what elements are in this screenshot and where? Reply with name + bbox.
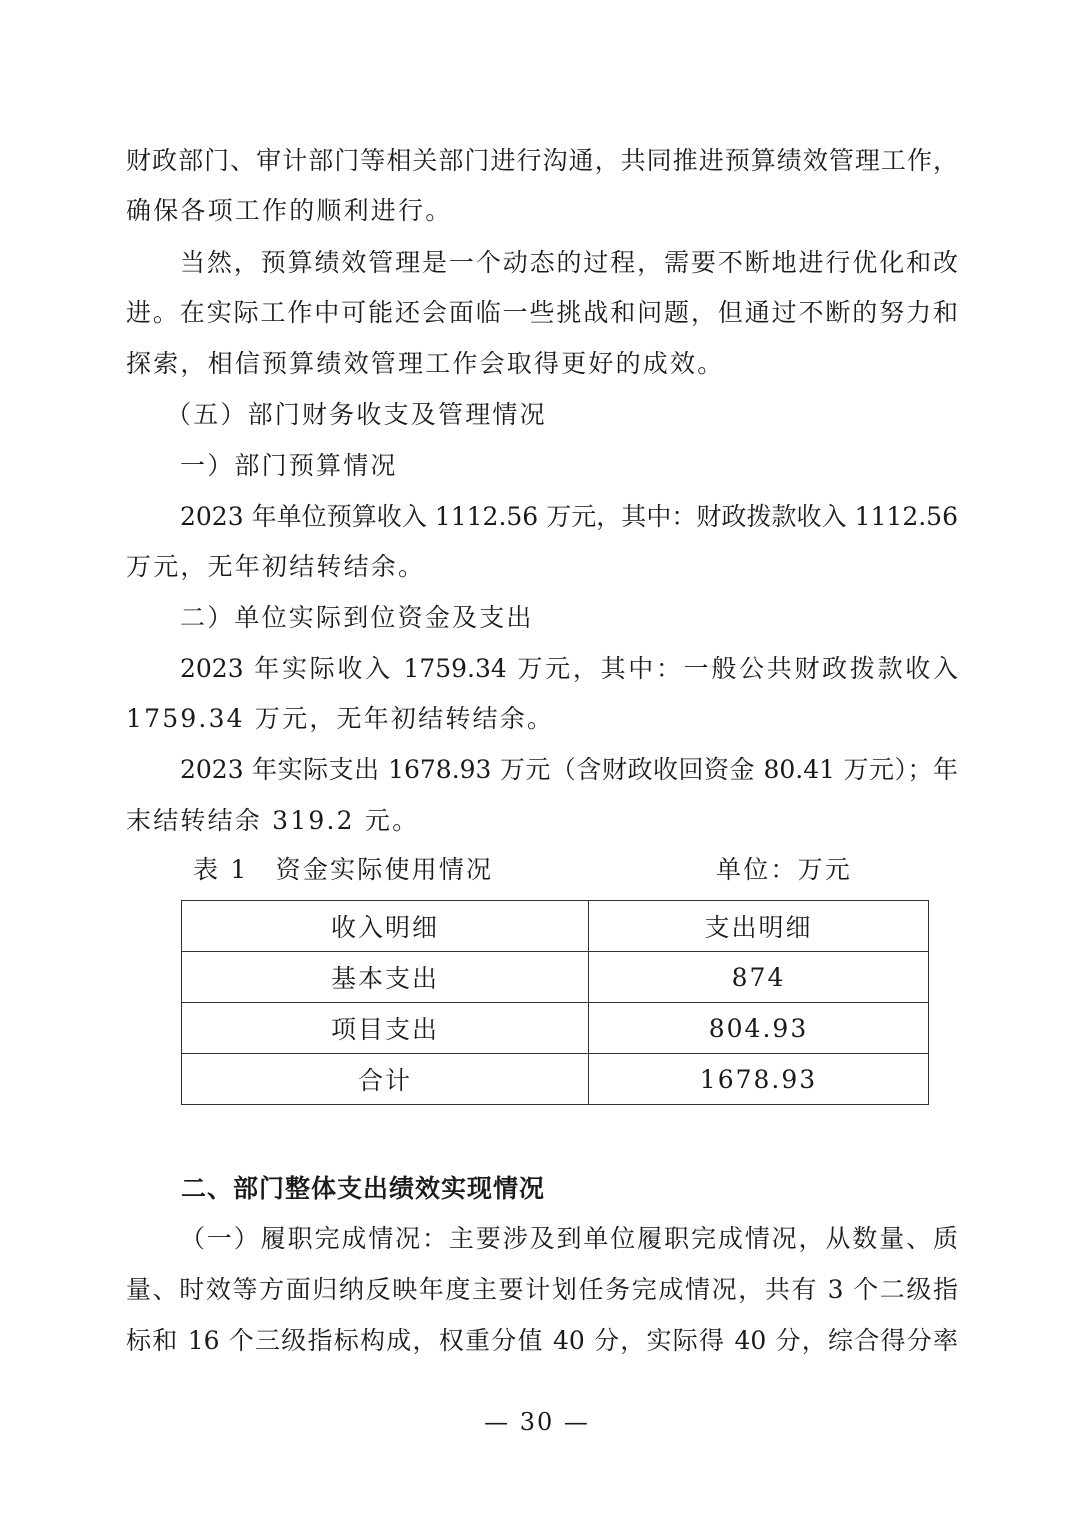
table-caption: 表 1 资金实际使用情况 [193,853,493,887]
table-cell: 项目支出 [182,1003,589,1054]
paragraph-line: 进。在实际工作中可能还会面临一些挑战和问题，但通过不断的努力和 [126,296,958,330]
subsection-heading: 一）部门预算情况 [180,449,398,483]
table-cell: 合计 [182,1054,589,1105]
table-header-cell: 收入明细 [182,901,589,952]
paragraph-line: 当然，预算绩效管理是一个动态的过程，需要不断地进行优化和改 [180,246,958,280]
subsection-heading: 二）单位实际到位资金及支出 [180,601,534,635]
paragraph-line: 探索，相信预算绩效管理工作会取得更好的成效。 [126,347,724,381]
table-row: 基本支出 874 [182,952,929,1003]
paragraph-line: 末结转结余 319.2 元。 [126,804,419,838]
table-row: 合计 1678.93 [182,1054,929,1105]
paragraph-line: 2023 年单位预算收入 1112.56 万元，其中：财政拨款收入 1112.5… [180,500,958,534]
subsection-heading: （五）部门财务收支及管理情况 [166,398,547,432]
table-cell: 1678.93 [589,1054,929,1105]
paragraph-line: 财政部门、审计部门等相关部门进行沟通，共同推进预算绩效管理工作， [126,144,958,178]
table-header-row: 收入明细 支出明细 [182,901,929,952]
page-number: — 30 — [0,1408,1074,1436]
table-header-cell: 支出明细 [589,901,929,952]
paragraph-line: 量、时效等方面归纳反映年度主要计划任务完成情况，共有 3 个二级指 [126,1273,958,1307]
table-cell: 874 [589,952,929,1003]
table-cell: 804.93 [589,1003,929,1054]
fund-usage-table: 收入明细 支出明细 基本支出 874 项目支出 804.93 合计 1678.9… [181,900,929,1105]
paragraph-line: 万元，无年初结转结余。 [126,550,425,584]
paragraph-line: 1759.34 万元，无年初结转结余。 [126,702,554,736]
table-cell: 基本支出 [182,952,589,1003]
table-unit: 单位：万元 [716,853,852,887]
paragraph-line: 2023 年实际支出 1678.93 万元（含财政收回资金 80.41 万元）；… [180,753,958,787]
paragraph-line: （一）履职完成情况：主要涉及到单位履职完成情况，从数量、质 [180,1222,958,1256]
paragraph-line: 2023 年实际收入 1759.34 万元，其中：一般公共财政拨款收入 [180,652,958,686]
table-row: 项目支出 804.93 [182,1003,929,1054]
paragraph-line: 确保各项工作的顺利进行。 [126,194,452,228]
section-heading: 二、部门整体支出绩效实现情况 [181,1172,545,1206]
paragraph-line: 标和 16 个三级指标构成，权重分值 40 分，实际得 40 分，综合得分率 [126,1324,958,1358]
